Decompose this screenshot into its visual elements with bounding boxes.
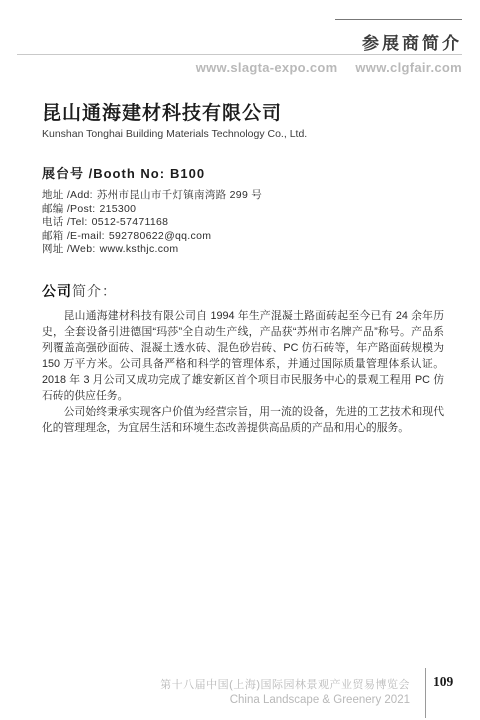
intro-heading-bold: 公司 (42, 283, 72, 299)
footer-event-title-en: China Landscape & Greenery 2021 (160, 694, 410, 706)
address-label: 地址 /Add: (42, 189, 93, 201)
clgfair-url: www.clgfair.com (355, 60, 462, 75)
contact-row-address: 地址 /Add:苏州市昆山市千灯镇南湾路 299 号 (42, 189, 450, 203)
address-value: 苏州市昆山市千灯镇南湾路 299 号 (97, 189, 262, 201)
header-top-rule (335, 19, 462, 20)
contact-row-web: 网址 /Web:www.ksthjc.com (42, 243, 450, 257)
tel-label: 电话 /Tel: (42, 216, 88, 228)
email-label: 邮箱 /E-mail: (42, 230, 105, 242)
contact-row-tel: 电话 /Tel:0512-57471168 (42, 216, 450, 230)
footer-event-block: 第十八届中国(上海)国际园林景观产业贸易博览会 China Landscape … (160, 676, 410, 706)
page-number: 109 (433, 674, 453, 690)
intro-paragraph-2: 公司始终秉承实现客户价值为经营宗旨，用一流的设备，先进的工艺技术和现代化的管理理… (42, 404, 444, 436)
header-urls: www.slagta-expo.com www.clgfair.com (196, 60, 462, 75)
intro-heading-rest: 简介： (72, 283, 117, 299)
contact-row-email: 邮箱 /E-mail:592780622@qq.com (42, 230, 450, 244)
web-label: 网址 /Web: (42, 243, 96, 255)
intro-heading: 公司简介： (42, 281, 444, 301)
company-name-cn: 昆山通海建材科技有限公司 (42, 98, 450, 125)
company-name-en: Kunshan Tonghai Building Materials Techn… (42, 128, 450, 140)
booth-value: B100 (170, 166, 205, 181)
tel-value: 0512-57471168 (92, 216, 169, 228)
booth-label: 展台号 /Booth No: (42, 166, 165, 181)
header-divider-rule (17, 54, 462, 55)
footer-vertical-rule (425, 668, 426, 718)
expo-url: www.slagta-expo.com (196, 60, 338, 75)
section-title: 参展商简介 (362, 29, 462, 54)
catalog-page: 参展商简介 www.slagta-expo.com www.clgfair.co… (0, 0, 480, 720)
booth-number-line: 展台号 /Booth No:B100 (42, 163, 450, 182)
booth-contact-block: 展台号 /Booth No:B100 地址 /Add:苏州市昆山市千灯镇南湾路 … (42, 163, 450, 257)
company-intro-block: 公司简介： 昆山通海建材科技有限公司自 1994 年生产混凝土路面砖起至今已有 … (42, 281, 444, 436)
company-block: 昆山通海建材科技有限公司 Kunshan Tonghai Building Ma… (42, 98, 450, 140)
contact-row-post: 邮编 /Post:215300 (42, 203, 450, 217)
post-label: 邮编 /Post: (42, 203, 95, 215)
intro-paragraph-1: 昆山通海建材科技有限公司自 1994 年生产混凝土路面砖起至今已有 24 余年历… (42, 308, 444, 404)
footer-event-title-cn: 第十八届中国(上海)国际园林景观产业贸易博览会 (160, 676, 410, 692)
email-value: 592780622@qq.com (109, 230, 211, 242)
web-value: www.ksthjc.com (100, 243, 179, 255)
post-value: 215300 (99, 203, 136, 215)
